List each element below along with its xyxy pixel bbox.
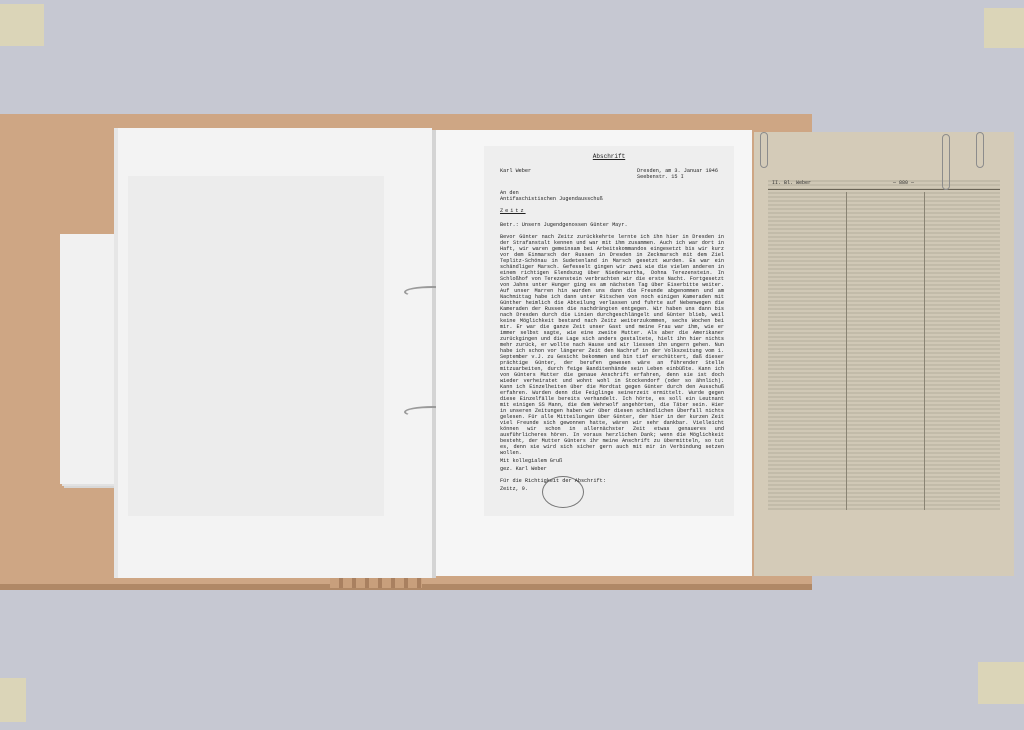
letter-certification: Für die Richtigkeit der Abschrift:	[484, 478, 734, 484]
directory-column-divider	[924, 192, 925, 510]
directory-print-area: II. Bl. Weber — 880 —	[768, 180, 1000, 510]
paperclip-middle	[942, 134, 950, 190]
directory-header-left: II. Bl. Weber	[772, 180, 811, 189]
paperclip-right	[976, 132, 984, 168]
directory-column-divider	[846, 192, 847, 510]
right-page: Abschrift Karl Weber Dresden, am 3. Janu…	[436, 130, 752, 576]
letter-closing: Mit kollegialem Gruß	[484, 458, 734, 464]
letter-recipient-city: Zeitz	[484, 208, 734, 214]
tape-top-right	[984, 8, 1024, 48]
tape-top-left	[0, 4, 44, 46]
letter-heading: Abschrift	[484, 154, 734, 160]
tape-bottom-left	[0, 678, 26, 722]
letter-sender-street: Seebenstr. 15 I	[637, 174, 684, 180]
letter-signature: gez. Karl Weber	[484, 466, 734, 472]
letter-body: Bevor Günter nach Zeitz zurückkehrte ler…	[484, 228, 734, 456]
directory-header-center: — 880 —	[893, 180, 914, 189]
letter-recipient-line2: Antifaschistischen Jugendausschuß	[500, 196, 734, 202]
letter-certification-place: Zeitz, 9.	[484, 486, 734, 492]
left-page-blank-area	[128, 176, 384, 516]
typewritten-letter: Abschrift Karl Weber Dresden, am 3. Janu…	[484, 146, 734, 516]
letter-sender: Karl Weber	[500, 168, 531, 180]
left-page	[118, 128, 432, 578]
loose-sheets-stack	[60, 234, 120, 484]
tape-bottom-right	[978, 662, 1024, 704]
paperclip-left	[760, 132, 768, 168]
directory-page: II. Bl. Weber — 880 —	[754, 132, 1014, 576]
official-stamp	[542, 476, 584, 508]
directory-header: II. Bl. Weber — 880 —	[768, 180, 1000, 190]
